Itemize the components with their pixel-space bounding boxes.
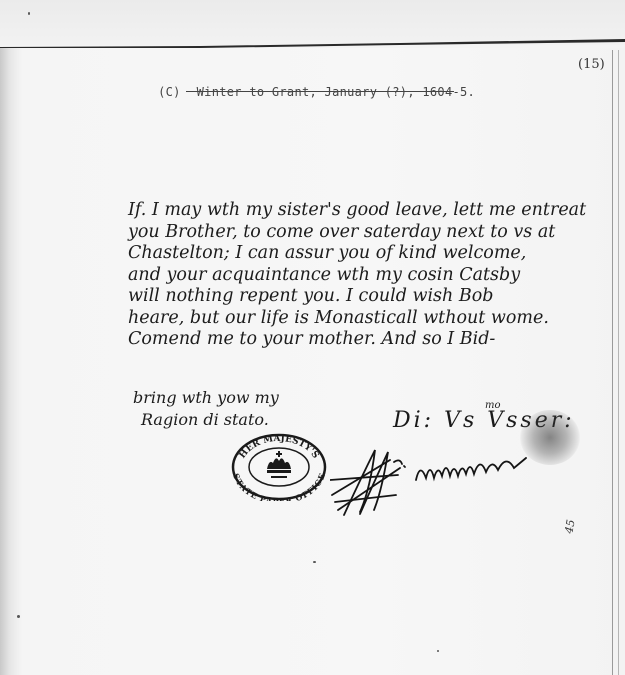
heading-label: (C) — [158, 85, 181, 99]
page-binding-line — [618, 50, 619, 675]
heading-underline — [186, 91, 454, 92]
letter-line: Chastelton; I can assur you of kind welc… — [128, 243, 598, 265]
document-heading: (C)Winter to Grant, January (?), 1604-5. — [143, 71, 475, 99]
scan-speck — [313, 561, 316, 563]
letter-line: If. I may wth my sister's good leave, le… — [128, 200, 598, 222]
scan-speck — [28, 12, 30, 15]
manuscript-page — [0, 48, 625, 675]
postscript-line: bring wth yow my — [133, 387, 279, 409]
scan-speck — [437, 650, 439, 652]
scan-speck — [17, 615, 20, 618]
state-paper-office-stamp: HER MAJESTY'S STATE PAPER OFFICE — [231, 433, 327, 501]
postscript-line: Ragion di stato. — [133, 409, 279, 431]
letter-line: and your acquaintance wth my cosin Catsb… — [128, 265, 598, 287]
closing-superscript: mo — [485, 400, 501, 411]
signature — [330, 440, 550, 520]
letter-body: If. I may wth my sister's good leave, le… — [128, 200, 598, 351]
heading-title: Winter to Grant, January (?), 1604-5. — [197, 85, 475, 99]
letter-line: will nothing repent you. I could wish Bo… — [128, 286, 598, 308]
page-binding-line — [612, 50, 613, 675]
crown-icon — [267, 451, 291, 478]
postscript: bring wth yow my Ragion di stato. — [133, 387, 279, 431]
margin-annotation: 45 — [562, 518, 577, 534]
letter-line: heare, but our life is Monasticall wthou… — [128, 308, 598, 330]
letter-line: Comend me to your mother. And so I Bid- — [128, 329, 598, 351]
page-number: (15) — [578, 57, 605, 72]
letter-line: you Brother, to come over saterday next … — [128, 222, 598, 244]
